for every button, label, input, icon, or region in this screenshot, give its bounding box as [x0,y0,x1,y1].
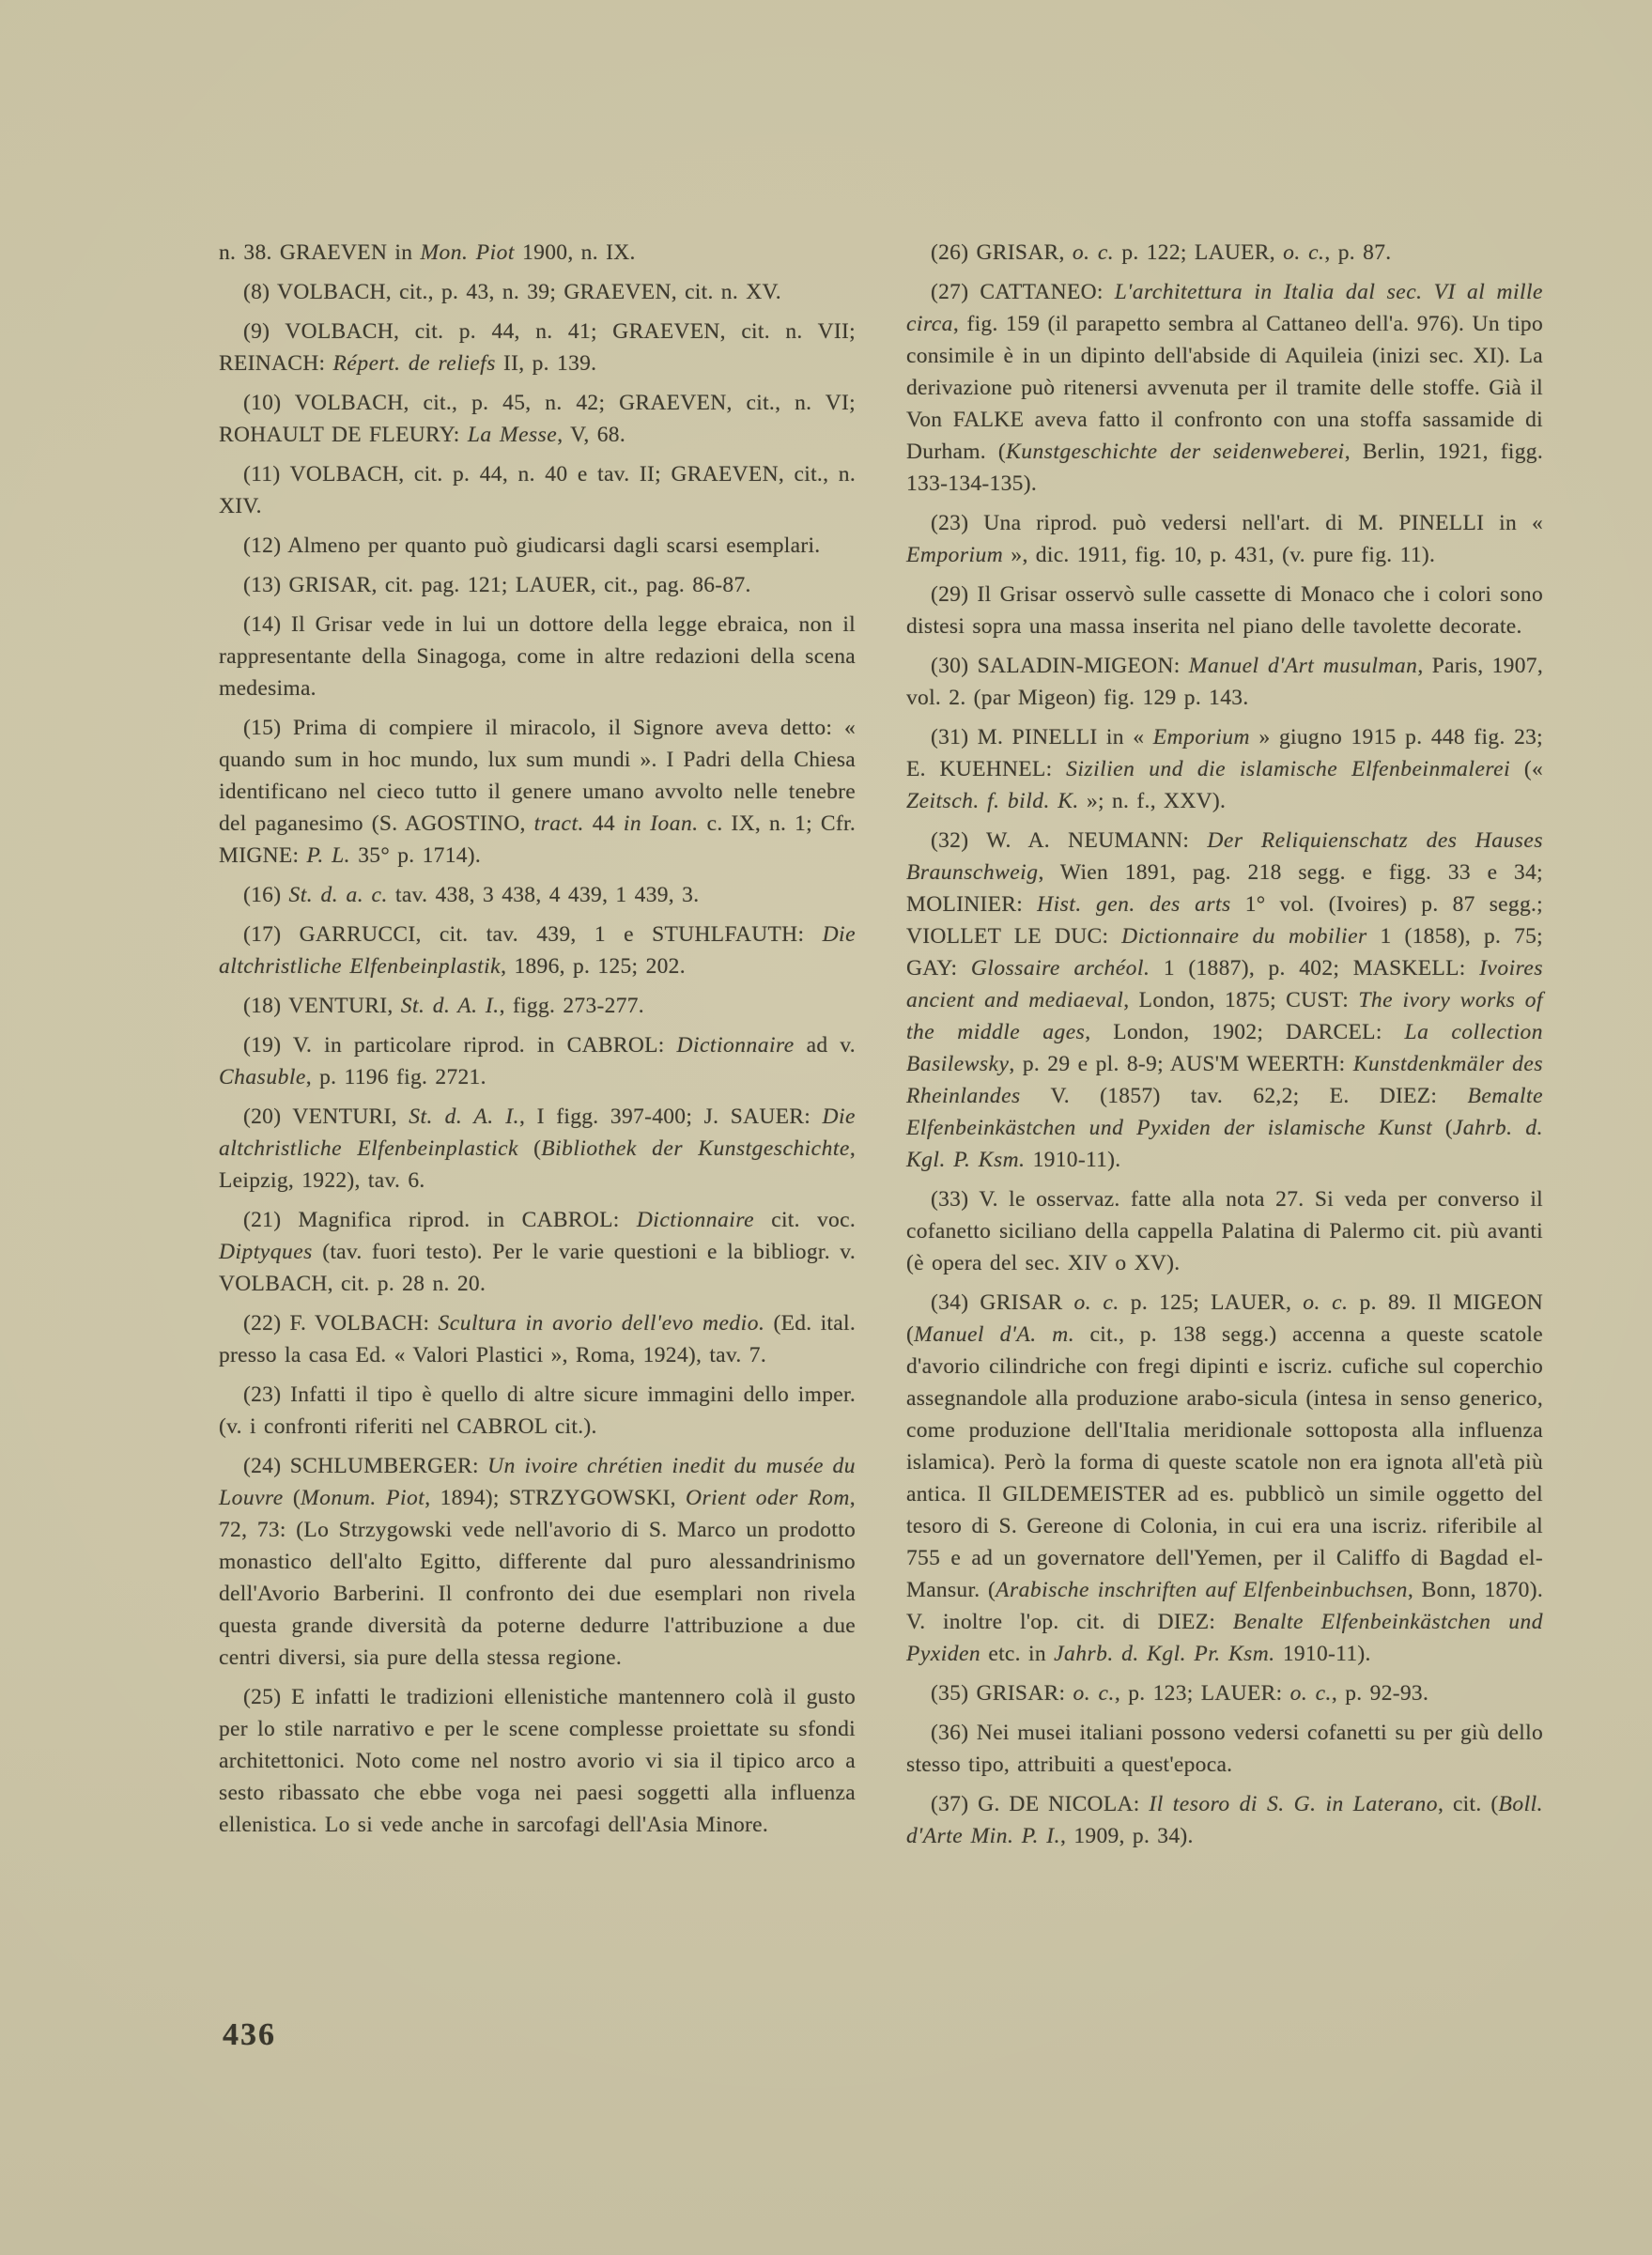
footnote-text: 1910-11). [1275,1642,1371,1666]
book-page: n. 38. GRAEVEN in Mon. Piot 1900, n. IX.… [0,0,1652,2255]
footnote-text: ( [284,1486,301,1510]
footnote-title-text: Emporium [1153,725,1250,749]
footnote-title-text: Hist. gen. des arts [1037,892,1231,917]
footnote-text: (31) M. PINELLI in « [931,725,1153,749]
footnote-text: (20) VENTURI, [243,1104,409,1129]
footnote-text: 1 (1887), p. 402; MASKELL: [1150,956,1479,981]
footnote-text: 1910-11). [1025,1148,1120,1172]
footnote-text: (27) CATTANEO: [931,280,1115,304]
footnote-title-text: Chasuble [219,1065,306,1089]
footnote-paragraph: (36) Nei musei italiani possono vedersi … [906,1717,1543,1781]
footnote-text: (18) VENTURI, [243,994,401,1018]
footnote-text: , London, 1875; CUST: [1123,988,1358,1012]
footnote-title-text: Glossaire archéol. [971,956,1150,981]
footnote-title-text: Emporium [906,543,1003,567]
footnote-paragraph: (31) M. PINELLI in « Emporium » giugno 1… [906,721,1543,817]
footnote-text: (37) G. DE NICOLA: [931,1792,1149,1816]
footnote-title-text: o. c. [1290,1681,1332,1706]
footnote-text: , 1909, p. 34). [1060,1824,1194,1848]
footnote-text: (23) Una riprod. può vedersi nell'art. d… [931,511,1543,535]
footnote-paragraph: n. 38. GRAEVEN in Mon. Piot 1900, n. IX. [219,237,856,269]
footnote-paragraph: (19) V. in particolare riprod. in CABROL… [219,1029,856,1093]
footnote-text: (17) GARRUCCI, cit. tav. 439, 1 e STUHLF… [243,922,823,947]
footnote-text: (tav. fuori testo). Per le varie questio… [219,1240,856,1296]
footnote-text: , V, 68. [557,423,625,447]
footnote-title-text: P. L. [307,843,351,868]
footnote-paragraph: (9) VOLBACH, cit. p. 44, n. 41; GRAEVEN,… [219,316,856,379]
footnote-paragraph: (8) VOLBACH, cit., p. 43, n. 39; GRAEVEN… [219,276,856,308]
footnote-text: ( [1432,1116,1453,1140]
footnote-text: (22) F. VOLBACH: [243,1311,439,1336]
footnote-text: (35) GRISAR: [931,1681,1073,1706]
footnote-title-text: St. d. A. I. [401,994,500,1018]
footnote-title-text: o. c. [1073,1681,1115,1706]
footnote-paragraph: (35) GRISAR: o. c., p. 123; LAUER: o. c.… [906,1677,1543,1709]
footnote-paragraph: (27) CATTANEO: L'architettura in Italia … [906,276,1543,500]
footnote-title-text: Orient oder Rom [686,1486,850,1510]
footnote-text: p. 125; LAUER, [1119,1290,1304,1315]
footnote-paragraph: (23) Una riprod. può vedersi nell'art. d… [906,507,1543,571]
footnote-paragraph: (29) Il Grisar osservò sulle cassette di… [906,579,1543,642]
footnote-title-text: Diptyques [219,1240,313,1264]
footnote-title-text: Scultura in avorio dell'evo medio. [439,1311,765,1336]
footnote-paragraph: (20) VENTURI, St. d. A. I., I figg. 397-… [219,1101,856,1197]
footnote-text: p. 122; LAUER, [1114,240,1283,265]
footnote-title-text: Dictionnaire [637,1208,754,1232]
footnote-text: , cit. ( [1438,1792,1499,1816]
footnote-text: , 1894); STRZYGOWSKI, [425,1486,686,1510]
footnote-paragraph: (17) GARRUCCI, cit. tav. 439, 1 e STUHLF… [219,919,856,982]
footnote-paragraph: (10) VOLBACH, cit., p. 45, n. 42; GRAEVE… [219,387,856,451]
footnote-text: 44 [584,811,624,836]
footnote-paragraph: (37) G. DE NICOLA: Il tesoro di S. G. in… [906,1788,1543,1852]
footnote-title-text: in Ioan. [624,811,699,836]
footnote-title-text: Manuel d'A. m. [914,1322,1074,1347]
footnote-paragraph: (33) V. le osservaz. fatte alla nota 27.… [906,1183,1543,1279]
footnote-text: (11) VOLBACH, cit. p. 44, n. 40 e tav. I… [219,462,856,518]
footnote-text: (16) [243,883,289,907]
footnote-paragraph: (22) F. VOLBACH: Scultura in avorio dell… [219,1307,856,1371]
footnote-title-text: Kunstgeschichte der seidenweberei [1006,440,1345,464]
footnote-text: , p. 123; LAUER: [1115,1681,1290,1706]
footnote-paragraph: (18) VENTURI, St. d. A. I., figg. 273-27… [219,990,856,1022]
footnote-title-text: tract. [534,811,584,836]
footnote-text: cit., p. 138 segg.) accenna a queste sca… [906,1322,1543,1602]
footnote-text: ( [518,1136,541,1161]
page-number: 436 [223,2017,276,2053]
footnote-paragraph: (14) Il Grisar vede in lui un dottore de… [219,609,856,704]
footnote-paragraph: (26) GRISAR, o. c. p. 122; LAUER, o. c.,… [906,237,1543,269]
footnote-text: (29) Il Grisar osservò sulle cassette di… [906,582,1543,639]
footnote-paragraph: (34) GRISAR o. c. p. 125; LAUER, o. c. p… [906,1287,1543,1670]
footnote-title-text: Bibliothek der Kunstgeschichte [541,1136,850,1161]
footnote-title-text: Zeitsch. f. bild. K. [906,789,1079,813]
footnote-paragraph: (16) St. d. a. c. tav. 438, 3 438, 4 439… [219,879,856,911]
footnote-paragraph: (32) W. A. NEUMANN: Der Reliquienschatz … [906,825,1543,1176]
footnote-text: (13) GRISAR, cit. pag. 121; LAUER, cit.,… [243,573,751,597]
footnote-text: , p. 87. [1324,240,1391,265]
footnote-text: , 1896, p. 125; 202. [501,954,686,979]
footnote-text: etc. in [980,1642,1054,1666]
footnote-title-text: Manuel d'Art musulman [1189,654,1418,678]
footnote-title-text: Monum. Piot [301,1486,425,1510]
footnote-text: n. 38. GRAEVEN in [219,240,420,265]
footnote-title-text: Répert. de reliefs [333,351,496,376]
footnote-paragraph: (24) SCHLUMBERGER: Un ivoire chrétien in… [219,1450,856,1674]
footnote-text: 35° p. 1714). [350,843,481,868]
footnote-title-text: Mon. Piot [420,240,515,265]
footnote-title-text: Dictionnaire du mobilier [1121,924,1367,949]
footnote-text: (12) Almeno per quanto può giudicarsi da… [243,533,820,558]
footnote-text: (21) Magnifica riprod. in CABROL: [243,1208,637,1232]
footnote-paragraph: (12) Almeno per quanto può giudicarsi da… [219,530,856,562]
footnote-text: tav. 438, 3 438, 4 439, 1 439, 3. [388,883,700,907]
footnote-title-text: o. c. [1283,240,1324,265]
footnote-paragraph: (23) Infatti il tipo è quello di altre s… [219,1379,856,1443]
footnote-text: (8) VOLBACH, cit., p. 43, n. 39; GRAEVEN… [243,280,781,304]
footnote-text: (32) W. A. NEUMANN: [931,828,1207,853]
footnote-title-text: Sizilien und die islamische Elfenbeinmal… [1066,757,1510,781]
footnote-title-text: Il tesoro di S. G. in Laterano [1149,1792,1438,1816]
footnote-paragraph: (21) Magnifica riprod. in CABROL: Dictio… [219,1204,856,1300]
footnote-paragraph: (15) Prima di compiere il miracolo, il S… [219,712,856,872]
footnote-text: , London, 1902; DARCEL: [1085,1020,1404,1044]
footnote-title-text: La Messe [468,423,557,447]
footnote-text: , I figg. 397-400; J. SAUER: [519,1104,823,1129]
footnotes-column-left: n. 38. GRAEVEN in Mon. Piot 1900, n. IX.… [219,237,856,1841]
footnote-text: (30) SALADIN-MIGEON: [931,654,1189,678]
footnote-text: (24) SCHLUMBERGER: [243,1454,487,1478]
footnote-text: ad v. [795,1033,856,1058]
footnote-text: »; n. f., XXV). [1079,789,1226,813]
footnote-text: (25) E infatti le tradizioni ellenistich… [219,1685,856,1837]
footnotes-column-right: (26) GRISAR, o. c. p. 122; LAUER, o. c.,… [906,237,1543,1852]
footnote-title-text: St. d. a. c. [289,883,388,907]
footnote-text: (34) GRISAR [931,1290,1074,1315]
footnote-text: (19) V. in particolare riprod. in CABROL… [243,1033,676,1058]
footnote-paragraph: (25) E infatti le tradizioni ellenistich… [219,1681,856,1841]
footnote-title-text: Jahrb. d. Kgl. Pr. Ksm. [1054,1642,1275,1666]
footnote-text: , 72, 73: (Lo Strzygowski vede nell'avor… [219,1486,856,1670]
footnote-text: (« [1510,757,1543,781]
footnote-title-text: Arabische inschriften auf Elfenbeinbuchs… [996,1578,1408,1602]
footnote-text: (33) V. le osservaz. fatte alla nota 27.… [906,1187,1543,1275]
footnote-title-text: St. d. A. I. [409,1104,519,1129]
footnote-title-text: o. c. [1074,1290,1119,1315]
footnote-paragraph: (13) GRISAR, cit. pag. 121; LAUER, cit.,… [219,569,856,601]
footnote-title-text: o. c. [1073,240,1114,265]
footnote-text: (36) Nei musei italiani possono vedersi … [906,1721,1543,1777]
footnote-title-text: o. c. [1303,1290,1348,1315]
footnote-text: , p. 92-93. [1332,1681,1428,1706]
footnote-title-text: Dictionnaire [676,1033,794,1058]
footnote-text: , p. 29 e pl. 8-9; AUS'M WEERTH: [1009,1052,1352,1076]
footnote-text: V. (1857) tav. 62,2; E. DIEZ: [1021,1084,1468,1108]
footnote-paragraph: (11) VOLBACH, cit. p. 44, n. 40 e tav. I… [219,458,856,522]
footnote-text: (23) Infatti il tipo è quello di altre s… [219,1382,856,1439]
footnote-text: », dic. 1911, fig. 10, p. 431, (v. pure … [1003,543,1435,567]
footnote-text: 1900, n. IX. [515,240,636,265]
footnote-text: II, p. 139. [496,351,597,376]
footnote-text: (14) Il Grisar vede in lui un dottore de… [219,612,856,701]
footnote-text: , p. 1196 fig. 2721. [306,1065,486,1089]
footnote-text: , figg. 273-277. [500,994,644,1018]
footnote-paragraph: (30) SALADIN-MIGEON: Manuel d'Art musulm… [906,650,1543,714]
footnote-text: (26) GRISAR, [931,240,1073,265]
footnote-text: cit. voc. [754,1208,856,1232]
